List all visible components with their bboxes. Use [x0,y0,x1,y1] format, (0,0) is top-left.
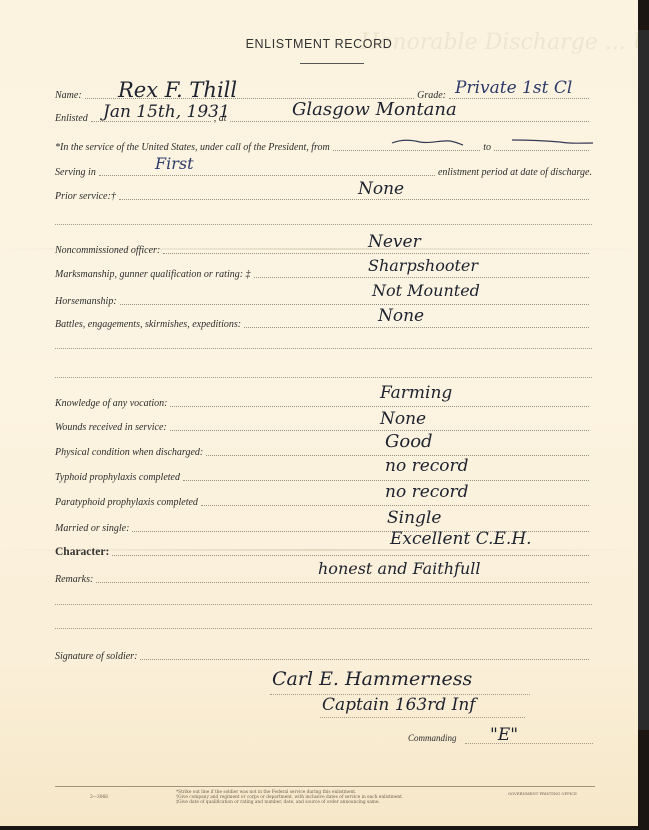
wounds-label: Wounds received in service: [55,422,167,434]
marksmanship-value: Sharpshooter [368,258,478,274]
signature-label: Signature of soldier: [55,651,137,663]
prior-service-value: None [358,181,404,198]
serving-in-label: Serving in [55,167,96,179]
typhoid-value: no record [385,458,469,475]
married-value: Single [387,510,441,527]
strike-squiggle-from [390,138,465,146]
horsemanship-field[interactable] [120,303,589,305]
enlisted-label: Enlisted [55,113,88,125]
paratyphoid-row: Paratyphoid prophylaxis completed [55,491,592,509]
remarks-value: honest and Faithfull [318,561,480,577]
marksmanship-field[interactable] [254,276,589,278]
name-label: Name: [55,90,82,102]
serving-in-field[interactable] [99,174,435,176]
horsemanship-row: Horsemanship: [55,290,592,308]
footnotes: *Strike out line if the soldier was not … [176,790,403,806]
vocation-label: Knowledge of any vocation: [55,398,167,410]
vocation-field[interactable] [170,405,589,407]
enlisted-date-value: Jan 15th, 1931 [103,104,230,121]
remarks-field[interactable] [96,581,589,583]
battles-extra-line-2[interactable] [55,376,592,378]
document-title: ENLISTMENT RECORD [0,37,638,51]
battles-label: Battles, engagements, skirmishes, expedi… [55,319,241,331]
officer-title-line [320,717,525,718]
serving-in-value: First [155,156,194,172]
nco-row: Noncommissioned officer: [55,239,592,257]
marksmanship-row: Marksmanship, gunner qualification or ra… [55,263,592,281]
battles-field[interactable] [244,326,589,328]
enlistment-record-page: Honorable Discharge ... United States EN… [0,0,638,826]
strike-squiggle-to [510,138,595,146]
battles-extra-line-1[interactable] [55,347,592,349]
service-to-field[interactable] [494,149,589,151]
battles-row: Battles, engagements, skirmishes, expedi… [55,313,592,331]
service-from-field[interactable] [333,149,480,151]
enlisted-place-field[interactable] [230,120,589,122]
signature-field[interactable] [140,658,589,660]
commanding-label: Commanding [408,733,457,744]
service-label: *In the service of the United States, un… [55,142,330,154]
commanding-line[interactable] [465,743,593,744]
prior-service-field[interactable] [119,198,589,200]
battles-value: None [378,308,424,325]
marksmanship-label: Marksmanship, gunner qualification or ra… [55,269,251,281]
typhoid-label: Typhoid prophylaxis completed [55,472,180,484]
typhoid-row: Typhoid prophylaxis completed [55,466,592,484]
wounds-value: None [380,411,426,428]
prior-service-label: Prior service:† [55,191,116,203]
officer-title: Captain 163rd Inf [322,697,476,714]
commanding-value: "E" [490,727,518,744]
officer-name: Carl E. Hammerness [272,670,472,689]
typhoid-field[interactable] [183,479,589,481]
serving-in-suffix: enlistment period at date of discharge. [438,167,592,179]
remarks-extra-line-1[interactable] [55,603,592,605]
form-number: 3—3066 [90,795,108,800]
service-to-label: to [483,142,491,154]
serving-in-row: Serving in enlistment period at date of … [55,161,592,179]
remarks-label: Remarks: [55,574,93,586]
dark-background [638,30,649,730]
prior-service-row: Prior service:† [55,185,592,203]
name-value: Rex F. Thill [118,80,237,101]
physical-condition-label: Physical condition when discharged: [55,447,203,459]
paratyphoid-value: no record [385,484,469,501]
physical-condition-value: Good [385,433,433,451]
character-field[interactable] [112,554,589,556]
signature-row: Signature of soldier: [55,645,592,663]
character-label: Character: [55,546,109,559]
horsemanship-value: Not Mounted [372,283,480,299]
physical-condition-row: Physical condition when discharged: [55,441,592,459]
footer-rule [55,786,595,787]
married-label: Married or single: [55,523,129,535]
title-underline [300,63,364,64]
paratyphoid-field[interactable] [201,504,589,506]
paratyphoid-label: Paratyphoid prophylaxis completed [55,497,198,509]
nco-field[interactable] [163,252,589,254]
footnote-3: ‡Give date of qualification or rating an… [176,800,403,805]
nco-value: Never [368,234,421,251]
grade-value: Private 1st Cl [455,80,572,97]
prior-service-extra-line[interactable] [55,223,592,225]
horsemanship-label: Horsemanship: [55,296,117,308]
nco-label: Noncommissioned officer: [55,245,160,257]
vocation-row: Knowledge of any vocation: [55,392,592,410]
enlisted-place-value: Glasgow Montana [292,101,457,119]
vocation-value: Farming [380,385,452,402]
character-value: Excellent C.E.H. [390,531,532,548]
wounds-field[interactable] [170,429,589,431]
printer-mark: GOVERNMENT PRINTING OFFICE [508,791,577,796]
wounds-row: Wounds received in service: [55,416,592,434]
remarks-extra-line-2[interactable] [55,627,592,629]
